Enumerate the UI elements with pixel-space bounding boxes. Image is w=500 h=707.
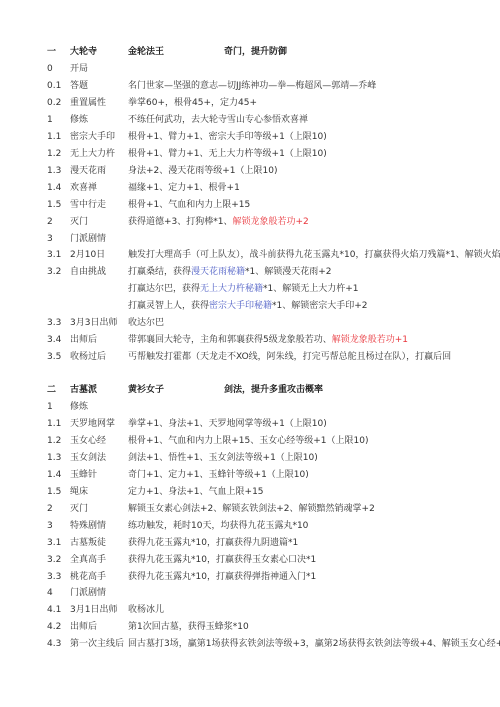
description-text: 打赢桑结，获得: [128, 267, 191, 277]
step-description: 拳掌+1、身法+1、天罗地网掌等级+1（上限10): [128, 416, 327, 433]
table-row: 4门派剧情: [0, 585, 500, 602]
table-row: 1.5绳床定力+1、身法+1、气血上限+15: [0, 484, 500, 501]
table-row: 0.2重置属性拳掌60+，根骨45+，定力45+: [0, 95, 500, 112]
step-name: 门派剧情: [70, 231, 106, 248]
description-text: 第1次回古墓，获得玉蜂浆*10: [128, 622, 249, 632]
description-text: 获得道德+3、打狗棒*1、: [128, 217, 233, 227]
master-name: 黄衫女子: [128, 382, 164, 399]
description-text: 丐帮触发打霍都（天龙走不XO线，阿朱线，打完丐帮总舵且杨过在队），打赢后回: [128, 352, 451, 362]
description-text: 奇门+1、定力+1、玉蜂针等级+1（上限10): [128, 470, 309, 480]
step-description: 根骨+1、臂力+1、无上大力杵等级+1（上限10): [128, 146, 327, 163]
sect-note: 奇门，提升防御: [224, 44, 287, 61]
sect-name: 大轮寺: [70, 44, 97, 61]
step-number: 1: [47, 399, 53, 416]
table-row: 4.2出师后第1次回古墓，获得玉蜂浆*10: [0, 619, 500, 636]
table-row: 1.1天罗地网掌拳掌+1、身法+1、天罗地网掌等级+1（上限10): [0, 416, 500, 433]
step-number: 4.3: [47, 636, 61, 653]
step-number: 0.1: [47, 78, 61, 95]
step-description: 名门世家—坚强的意志—切JJ练神功—拳—梅超风—郭靖—乔峰: [128, 78, 376, 95]
table-row: 4.13月1日出师收杨冰儿: [0, 602, 500, 619]
description-text: 根骨+1、气血和内力上限+15: [128, 200, 250, 210]
description-text: 获得九花玉露丸*10，打赢获得玉女素心口决*1: [128, 555, 316, 565]
table-row: 3.5收杨过后丐帮触发打霍都（天龙走不XO线，阿朱线，打完丐帮总舵且杨过在队），…: [0, 349, 500, 366]
table-row: 1.2玉女心经根骨+1、气血和内力上限+15、玉女心经等级+1（上限10): [0, 433, 500, 450]
table-row: 2灭门获得道德+3、打狗棒*1、解锁龙象般若功+2: [0, 214, 500, 231]
step-number: 1.3: [47, 163, 61, 180]
step-description: 根骨+1、气血和内力上限+15: [128, 197, 250, 214]
step-description: 拳掌60+，根骨45+，定力45+: [128, 95, 257, 112]
description-text: 收杨冰儿: [128, 605, 164, 615]
step-description: 剑法+1、悟性+1、玉女剑法等级+1（上限10): [128, 450, 318, 467]
step-name: 2月10日: [70, 247, 105, 264]
sect-note: 剑法，提升多重攻击概率: [224, 382, 323, 399]
table-row: 1.4玉蜂针奇门+1、定力+1、玉蜂针等级+1（上限10): [0, 467, 500, 484]
step-description: 练功触发，耗时10天，均获得九花玉露丸*10: [128, 518, 308, 535]
table-row: 2灭门解锁玉女素心剑法+2、解锁玄铁剑法+2、解锁黯然销魂掌+2: [0, 501, 500, 518]
step-number: 2: [47, 214, 53, 231]
table-row: 3特殊剧情练功触发，耗时10天，均获得九花玉露丸*10: [0, 518, 500, 535]
step-description: 解锁玉女素心剑法+2、解锁玄铁剑法+2、解锁黯然销魂掌+2: [128, 501, 375, 518]
description-text: 触发打大理高手（可上队友），战斗前获得九花玉露丸*10，打赢获得火焰刀残篇*1、…: [128, 250, 500, 260]
step-name: 密宗大手印: [70, 129, 115, 146]
step-description: 福缘+1、定力+1、根骨+1: [128, 180, 240, 197]
description-text: 根骨+1、臂力+1、无上大力杵等级+1（上限10): [128, 149, 327, 159]
step-number: 1: [47, 112, 53, 129]
description-text: *1、解锁密宗大手印+2: [272, 301, 368, 311]
step-name: 漫天花雨: [70, 163, 106, 180]
description-text: 根骨+1、臂力+1、密宗大手印等级+1（上限10): [128, 132, 327, 142]
step-number: 2: [47, 501, 53, 518]
step-name: 天罗地网掌: [70, 416, 115, 433]
step-number: 3: [47, 518, 53, 535]
description-text: 定力+1、身法+1、气血上限+15: [128, 487, 264, 497]
step-description: 获得九花玉露丸*10，打赢获得玉女素心口决*1: [128, 552, 316, 569]
step-number: 1.4: [47, 467, 61, 484]
step-number: 3.1: [47, 535, 61, 552]
step-description: 收达尔巴: [128, 315, 164, 332]
step-name: 第一次主线后: [70, 636, 124, 653]
step-name: 答题: [70, 78, 88, 95]
step-number: 3.5: [47, 349, 61, 366]
step-name: 古墓叛徒: [70, 535, 106, 552]
table-row: 4.3第一次主线后回古墓打3场，赢第1场获得玄铁剑法等级+3，赢第2场获得玄铁剑…: [0, 636, 500, 653]
table-row: 3门派剧情: [0, 231, 500, 248]
table-row: 打赢达尔巴，获得无上大力杵秘籍*1、解锁无上大力杵+1: [0, 281, 500, 298]
table-row: 1.3玉女剑法剑法+1、悟性+1、玉女剑法等级+1（上限10): [0, 450, 500, 467]
step-name: 玉蜂针: [70, 467, 97, 484]
table-row: 1.1密宗大手印根骨+1、臂力+1、密宗大手印等级+1（上限10): [0, 129, 500, 146]
description-text: 解锁玉女素心剑法+2、解锁玄铁剑法+2、解锁黯然销魂掌+2: [128, 504, 375, 514]
step-description: 不练任何武功，去大轮寺雪山专心参悟欢喜禅: [128, 112, 308, 129]
description-text: 身法+2、漫天花雨等级+1（上限10): [128, 166, 278, 176]
step-description: 根骨+1、气血和内力上限+15、玉女心经等级+1（上限10): [128, 433, 369, 450]
step-description: 打赢桑结，获得漫天花雨秘籍*1、解锁漫天花雨+2: [128, 264, 332, 281]
table-row: 1修炼: [0, 399, 500, 416]
step-number: 3.2: [47, 264, 61, 281]
highlight-unlock: 解锁龙象般若功+1: [332, 335, 408, 345]
step-description: 定力+1、身法+1、气血上限+15: [128, 484, 264, 501]
step-description: 丐帮触发打霍都（天龙走不XO线，阿朱线，打完丐帮总舵且杨过在队），打赢后回: [128, 349, 451, 366]
step-number: 3.1: [47, 247, 61, 264]
table-row: 3.2全真高手获得九花玉露丸*10，打赢获得玉女素心口决*1: [0, 552, 500, 569]
description-text: *1、解锁漫天花雨+2: [245, 267, 332, 277]
description-text: 获得九花玉露丸*10，打赢获得九阴遗篇*1: [128, 538, 298, 548]
step-number: 1.1: [47, 129, 61, 146]
highlight-item: 无上大力杵秘籍: [200, 284, 263, 294]
step-number: 0: [47, 61, 53, 78]
description-text: 带郭襄回大轮寺，主角和郭襄获得5级龙象般若功、: [128, 335, 332, 345]
step-name: 欢喜禅: [70, 180, 97, 197]
step-name: 开局: [70, 61, 88, 78]
description-text: 获得九花玉露丸*10，打赢获得弹指神通入门*1: [128, 572, 316, 582]
step-number: 3.3: [47, 315, 61, 332]
description-text: 回古墓打3场，赢第1场获得玄铁剑法等级+3，赢第2场获得玄铁剑法等级+4、解锁玉…: [128, 639, 500, 649]
step-description: 打赢灵智上人，获得密宗大手印秘籍*1、解锁密宗大手印+2: [128, 298, 368, 315]
step-name: 雪中行走: [70, 197, 106, 214]
table-row: 3.12月10日触发打大理高手（可上队友），战斗前获得九花玉露丸*10，打赢获得…: [0, 247, 500, 264]
description-text: 打赢灵智上人，获得: [128, 301, 209, 311]
step-name: 玉女心经: [70, 433, 106, 450]
sect-name: 古墓派: [70, 382, 97, 399]
step-name: 灭门: [70, 501, 88, 518]
description-text: 福缘+1、定力+1、根骨+1: [128, 183, 240, 193]
step-number: 4.2: [47, 619, 61, 636]
step-description: 收杨冰儿: [128, 602, 164, 619]
step-description: 带郭襄回大轮寺，主角和郭襄获得5级龙象般若功、解锁龙象般若功+1: [128, 332, 408, 349]
step-number: 3.3: [47, 569, 61, 586]
table-row: 0.1答题名门世家—坚强的意志—切JJ练神功—拳—梅超风—郭靖—乔峰: [0, 78, 500, 95]
step-name: 绳床: [70, 484, 88, 501]
description-text: 打赢达尔巴，获得: [128, 284, 200, 294]
section-number: 一: [47, 44, 56, 61]
table-row: 3.1古墓叛徒获得九花玉露丸*10，打赢获得九阴遗篇*1: [0, 535, 500, 552]
table-row: 1.4欢喜禅福缘+1、定力+1、根骨+1: [0, 180, 500, 197]
step-description: 奇门+1、定力+1、玉蜂针等级+1（上限10): [128, 467, 309, 484]
step-number: 4: [47, 585, 53, 602]
step-number: 1.2: [47, 433, 61, 450]
step-name: 收杨过后: [70, 349, 106, 366]
step-description: 触发打大理高手（可上队友），战斗前获得九花玉露丸*10，打赢获得火焰刀残篇*1、…: [128, 247, 500, 264]
table-row: 0开局: [0, 61, 500, 78]
table-row: 1.3漫天花雨身法+2、漫天花雨等级+1（上限10): [0, 163, 500, 180]
highlight-item: 漫天花雨秘籍: [191, 267, 245, 277]
table-row: 1.2无上大力杵根骨+1、臂力+1、无上大力杵等级+1（上限10): [0, 146, 500, 163]
step-number: 1.1: [47, 416, 61, 433]
step-number: 3.2: [47, 552, 61, 569]
step-name: 自由挑战: [70, 264, 106, 281]
description-text: 收达尔巴: [128, 318, 164, 328]
step-number: 1.5: [47, 197, 61, 214]
step-description: 打赢达尔巴，获得无上大力杵秘籍*1、解锁无上大力杵+1: [128, 281, 359, 298]
step-description: 回古墓打3场，赢第1场获得玄铁剑法等级+3，赢第2场获得玄铁剑法等级+4、解锁玉…: [128, 636, 500, 653]
table-row: 1修炼不练任何武功，去大轮寺雪山专心参悟欢喜禅: [0, 112, 500, 129]
step-number: 1.2: [47, 146, 61, 163]
step-description: 获得道德+3、打狗棒*1、解锁龙象般若功+2: [128, 214, 309, 231]
description-text: 名门世家—坚强的意志—切JJ练神功—拳—梅超风—郭靖—乔峰: [128, 81, 376, 91]
table-row: 3.4出师后带郭襄回大轮寺，主角和郭襄获得5级龙象般若功、解锁龙象般若功+1: [0, 332, 500, 349]
description-text: 根骨+1、气血和内力上限+15、玉女心经等级+1（上限10): [128, 436, 369, 446]
step-name: 重置属性: [70, 95, 106, 112]
highlight-unlock: 解锁龙象般若功+2: [233, 217, 309, 227]
step-name: 桃花高手: [70, 569, 106, 586]
step-number: 3: [47, 231, 53, 248]
step-description: 身法+2、漫天花雨等级+1（上限10): [128, 163, 278, 180]
description-text: *1、解锁无上大力杵+1: [263, 284, 359, 294]
master-name: 金轮法王: [128, 44, 164, 61]
step-number: 0.2: [47, 95, 61, 112]
step-name: 无上大力杵: [70, 146, 115, 163]
step-number: 3.4: [47, 332, 61, 349]
step-name: 灭门: [70, 214, 88, 231]
step-name: 门派剧情: [70, 585, 106, 602]
step-name: 出师后: [70, 619, 97, 636]
description-text: 不练任何武功，去大轮寺雪山专心参悟欢喜禅: [128, 115, 308, 125]
description-text: 拳掌+1、身法+1、天罗地网掌等级+1（上限10): [128, 419, 327, 429]
step-number: 1.5: [47, 484, 61, 501]
step-description: 第1次回古墓，获得玉蜂浆*10: [128, 619, 249, 636]
step-name: 3月1日出师: [70, 602, 117, 619]
step-description: 根骨+1、臂力+1、密宗大手印等级+1（上限10): [128, 129, 327, 146]
description-text: 练功触发，耗时10天，均获得九花玉露丸*10: [128, 521, 308, 531]
table-row: 打赢灵智上人，获得密宗大手印秘籍*1、解锁密宗大手印+2: [0, 298, 500, 315]
step-name: 修炼: [70, 399, 88, 416]
section-number: 二: [47, 382, 56, 399]
table-row: 3.2自由挑战打赢桑结，获得漫天花雨秘籍*1、解锁漫天花雨+2: [0, 264, 500, 281]
step-number: 1.3: [47, 450, 61, 467]
step-name: 修炼: [70, 112, 88, 129]
table-row: 3.3桃花高手获得九花玉露丸*10，打赢获得弹指神通入门*1: [0, 569, 500, 586]
table-row: 3.33月3日出师收达尔巴: [0, 315, 500, 332]
step-name: 3月3日出师: [70, 315, 117, 332]
step-number: 4.1: [47, 602, 61, 619]
section-header: 一大轮寺金轮法王奇门，提升防御: [0, 44, 500, 61]
step-name: 全真高手: [70, 552, 106, 569]
description-text: 拳掌60+，根骨45+，定力45+: [128, 98, 257, 108]
step-description: 获得九花玉露丸*10，打赢获得弹指神通入门*1: [128, 569, 316, 586]
table-row: 1.5雪中行走根骨+1、气血和内力上限+15: [0, 197, 500, 214]
step-description: 获得九花玉露丸*10，打赢获得九阴遗篇*1: [128, 535, 298, 552]
section-header: 二古墓派黄衫女子剑法，提升多重攻击概率: [0, 382, 500, 399]
description-text: 剑法+1、悟性+1、玉女剑法等级+1（上限10): [128, 453, 318, 463]
step-name: 出师后: [70, 332, 97, 349]
highlight-item: 密宗大手印秘籍: [209, 301, 272, 311]
step-number: 1.4: [47, 180, 61, 197]
step-name: 特殊剧情: [70, 518, 106, 535]
step-name: 玉女剑法: [70, 450, 106, 467]
